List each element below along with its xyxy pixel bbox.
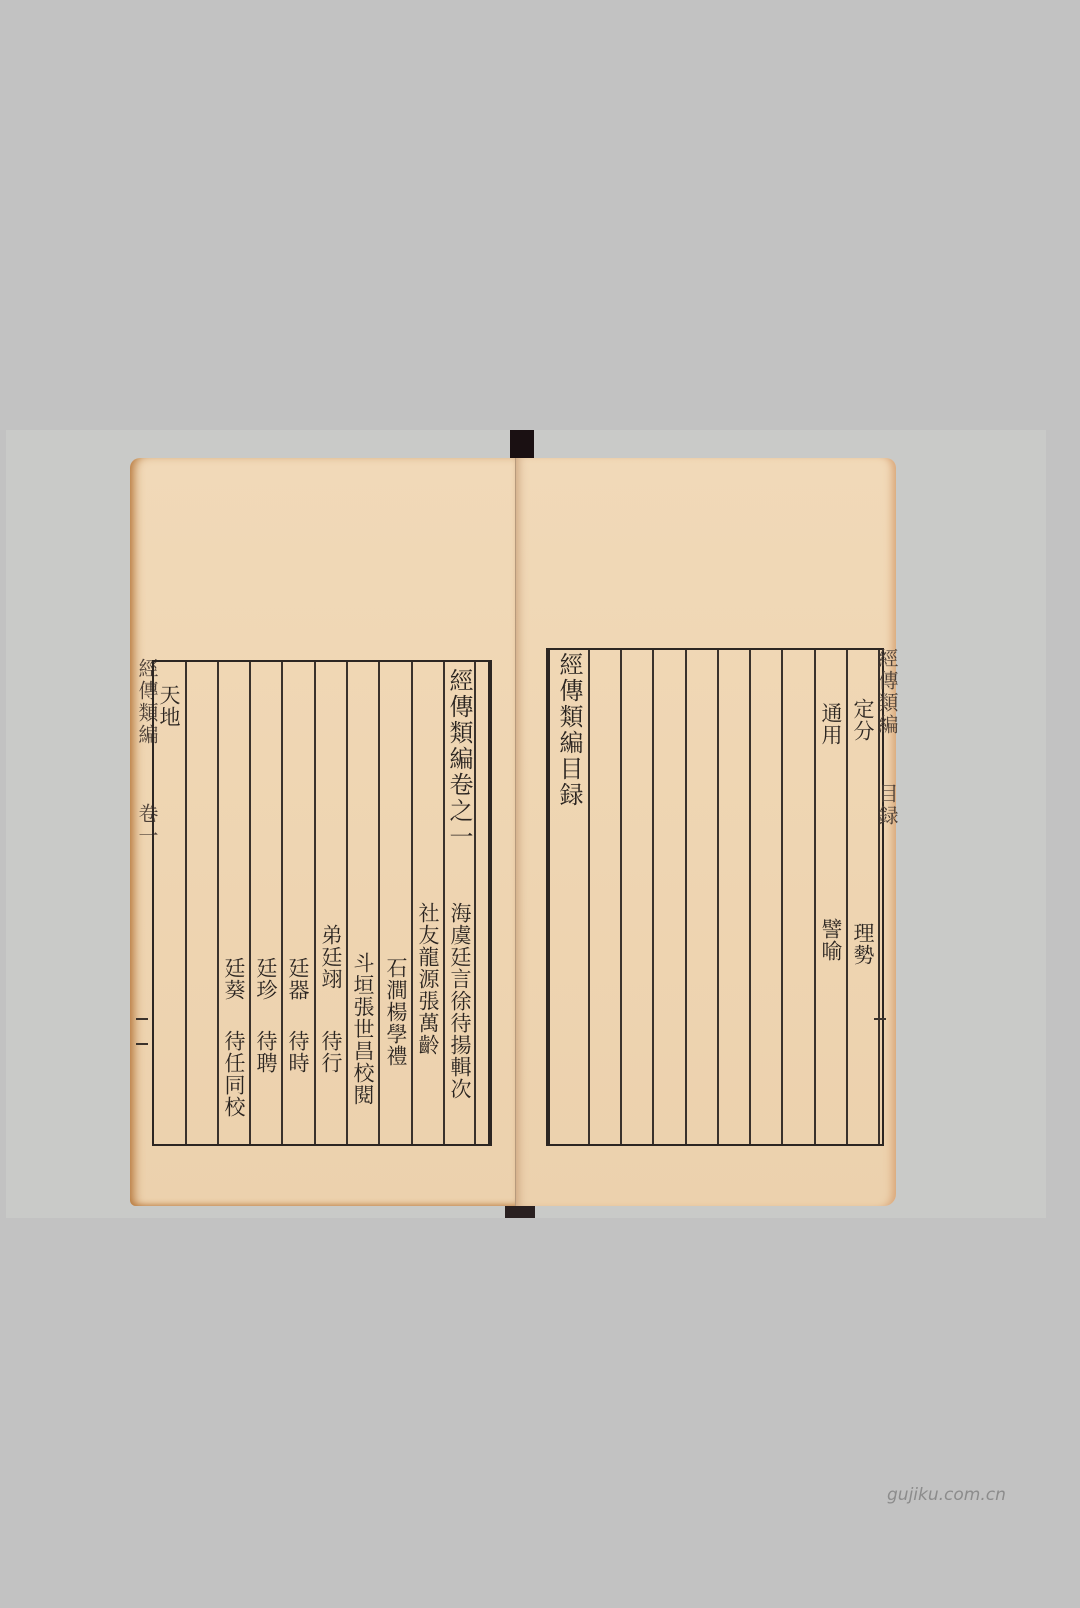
- credit-nephew-1-role: 待時: [283, 1030, 313, 1074]
- column-rule: [749, 650, 751, 1144]
- credit-friend-1: 社友龍源張萬齡: [413, 902, 443, 1056]
- fold-mark: [136, 1018, 148, 1020]
- right-page: 經傳類編目録 定分 通用 理勢 譬喻 經傳類編 目録: [515, 458, 896, 1206]
- book-spine: [510, 430, 534, 460]
- right-margin-title: 經傳類編: [872, 648, 902, 736]
- credit-nephew-3-name: 廷葵: [219, 957, 249, 1001]
- credit-nephew-2-name: 廷珍: [251, 957, 281, 1001]
- credit-brother-name: 弟廷翊: [316, 924, 346, 990]
- contents-entry-lishi: 理勢: [848, 922, 878, 966]
- credit-brother-role: 待行: [316, 1030, 346, 1074]
- left-text-frame: 經傳類編卷之一 海虞廷言徐待揚輯次 社友龍源張萬齡 石澗楊學禮 斗垣張世昌校閱 …: [152, 660, 492, 1146]
- column-rule: [378, 662, 380, 1144]
- column-rule: [185, 662, 187, 1144]
- column-rule: [620, 650, 622, 1144]
- credit-nephew-3-role: 待任同校: [219, 1030, 249, 1118]
- credit-friend-2: 石澗楊學禮: [381, 957, 411, 1067]
- fold-mark: [136, 1043, 148, 1045]
- credit-compiler: 海虞廷言徐待揚輯次: [445, 902, 475, 1100]
- section-heading: 天地: [154, 684, 184, 728]
- volume-title: 經傳類編卷之一: [444, 668, 474, 850]
- watermark: gujiku.com.cn: [887, 1485, 1006, 1505]
- credit-nephew-1-name: 廷器: [283, 957, 313, 1001]
- contents-entry-tongyong: 通用: [816, 702, 846, 746]
- column-rule: [652, 650, 654, 1144]
- column-rule: [588, 650, 590, 1144]
- contents-title: 經傳類編目録: [554, 652, 584, 808]
- right-margin-section: 目録: [872, 783, 902, 827]
- credit-nephew-2-role: 待聘: [251, 1030, 281, 1074]
- right-text-frame: 經傳類編目録 定分 通用 理勢 譬喻: [546, 648, 884, 1146]
- credit-reviser: 斗垣張世昌校閱: [348, 952, 378, 1106]
- column-rule: [781, 650, 783, 1144]
- left-page: 經傳類編 卷一 經傳類編卷之一 海虞廷言徐待揚輯次 社友龍源張萬齡 石澗楊學禮 …: [130, 458, 515, 1206]
- column-rule: [685, 650, 687, 1144]
- fold-mark: [874, 1018, 886, 1020]
- contents-entry-piyu: 譬喻: [816, 918, 846, 962]
- column-rule: [717, 650, 719, 1144]
